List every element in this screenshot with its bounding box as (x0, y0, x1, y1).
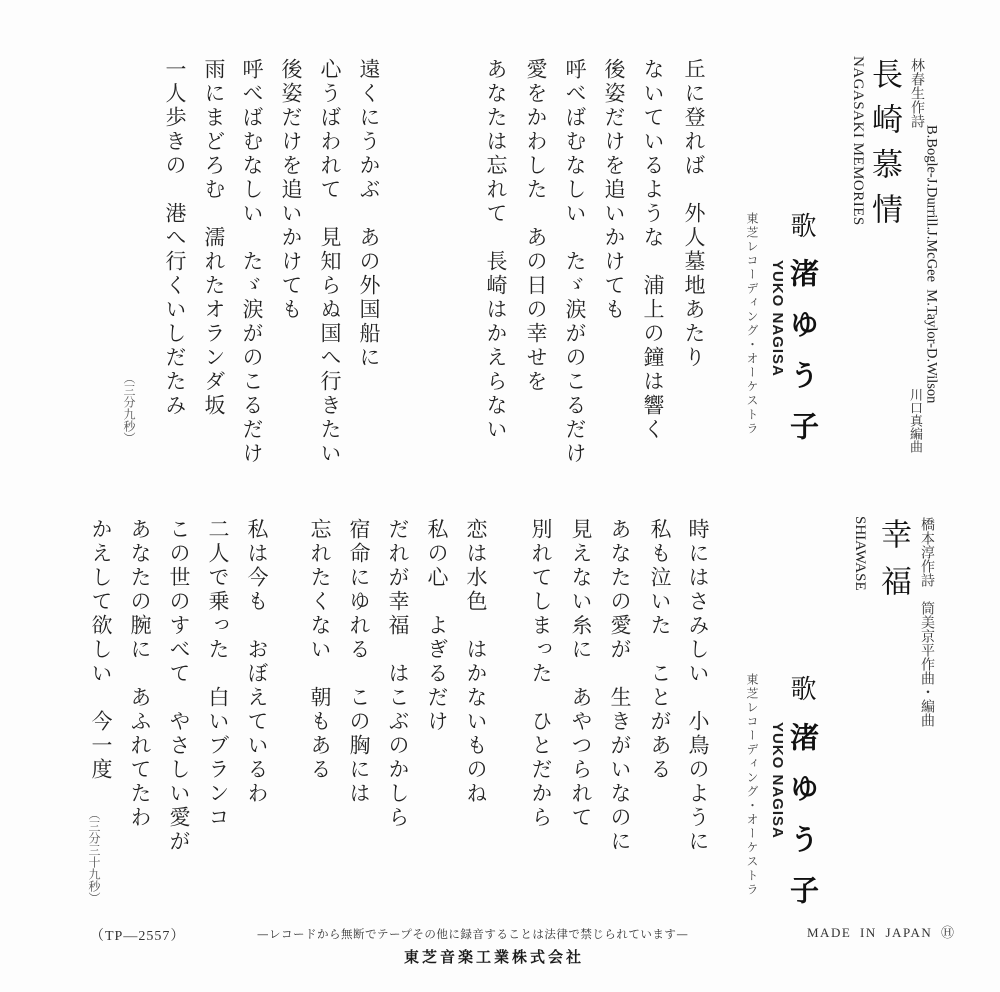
side-a-orchestra: 東芝レコーディング・オーケストラ (746, 212, 758, 436)
lyric-line: 時にはさみしい 小鳥のように (687, 518, 708, 854)
lyric-line: 後姿だけを追いかけても (280, 58, 301, 322)
lyric-line: 恋は水色 はかないものね (465, 518, 486, 806)
lyric-line: 遠くにうかぶ あの外国船に (358, 58, 379, 370)
lyric-line: 後姿だけを追いかけても (603, 58, 624, 322)
side-a-singer-en: YUKO NAGISA (770, 260, 785, 377)
lyric-line: 丘に登れば 外人墓地あたり (683, 58, 704, 370)
copyright-notice: —レコードから無断でテープその他に録音することは法律で禁じられています— (257, 926, 688, 942)
lyric-line: 宿命にゆれる この胸には (348, 518, 369, 806)
side-b-title: 幸福 (877, 518, 908, 612)
lyric-line: あなたの腕に あふれてたわ (129, 518, 150, 830)
lyric-line: 私の心 よぎるだけ (426, 518, 447, 734)
company-name: 東芝音楽工業株式会社 (404, 946, 584, 967)
lyric-line: かえして欲しい 今一度 (90, 518, 111, 782)
lyric-line: 心うばわれて 見知らぬ国へ行きたい (319, 58, 340, 466)
side-b-lyricist: 橋本淳作詩 (920, 517, 934, 587)
lyric-line: 私は今も おぼえているわ (246, 518, 267, 806)
side-b-title-en: SHIAWASE (852, 516, 867, 591)
lyric-line: 私も泣いた ことがある (649, 518, 670, 782)
side-a-arranger: 川口真編曲 (908, 388, 921, 453)
lyric-line: だれが幸福 はこぶのかしら (387, 518, 408, 830)
side-a-title: 長崎慕情 (868, 58, 899, 238)
lyric-line: 見えない糸に あやつられて (570, 518, 591, 830)
side-a-composers: B.Bogle-J.Durrill.J.McGee M.Taylor-D.Wil… (924, 125, 939, 403)
made-in-japan: MADE IN JAPAN Ⓗ (807, 922, 956, 941)
side-b-singer-en: YUKO NAGISA (770, 722, 785, 839)
side-a-lyricist: 林春生作詩 (910, 58, 924, 128)
lyric-line: 一人歩きの 港へ行くいしだたみ (164, 58, 185, 418)
side-b-orchestra: 東芝レコーディング・オーケストラ (746, 673, 758, 897)
catalog-number: （TP—2557） (90, 925, 185, 945)
lyric-line: 別れてしまった ひとだから (530, 518, 551, 830)
lyric-line: 愛をかわした あの日の幸せを (525, 58, 546, 394)
side-b-composer: 筒美京平作曲・編曲 (920, 601, 934, 727)
side-a-singer-prefix: 歌 (788, 212, 814, 238)
side-a-singer: 渚ゆう子 (788, 258, 817, 462)
side-a-title-en: NAGASAKI MEMORIES (850, 56, 865, 226)
side-b-singer: 渚ゆう子 (788, 722, 817, 926)
lyric-line: 呼べばむなしい たゞ涙がのこるだけ (564, 58, 585, 466)
side-b-duration: （三分三十九秒） (88, 808, 100, 904)
lyric-line: 忘れたくない 朝もある (309, 518, 330, 782)
lyric-line: あなたの愛が 生きがいなのに (609, 518, 630, 854)
side-b-singer-prefix: 歌 (788, 675, 814, 701)
lyric-line: 呼べばむなしい たゞ涙がのこるだけ (241, 58, 262, 466)
side-a-duration: （三分九秒） (123, 372, 135, 444)
lyric-line: 雨にまどろむ 濡れたオランダ坂 (203, 58, 224, 418)
lyric-line: この世のすべて やさしい愛が (168, 518, 189, 854)
lyric-line: 二人で乗った 白いブランコ (207, 518, 228, 830)
lyric-line: あなたは忘れて 長崎はかえらない (485, 58, 506, 442)
lyric-line: ないているような 浦上の鐘は響く (642, 58, 663, 442)
